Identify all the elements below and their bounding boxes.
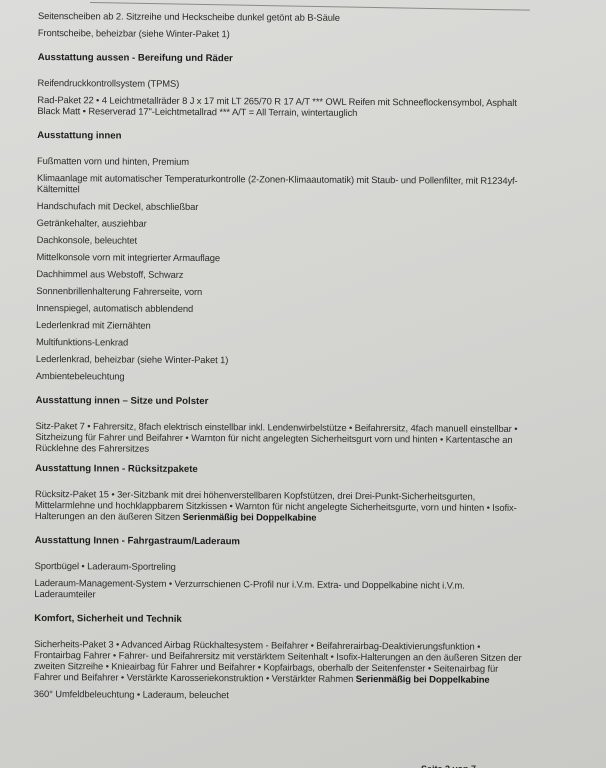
list-item: Sitz-Paket 7 • Fahrersitz, 8fach elektri… <box>35 420 525 456</box>
list-item: Rad-Paket 22 • 4 Leichtmetallräder 8 J x… <box>37 94 527 119</box>
standard-equipment-note: Serienmäßig bei Doppelkabine <box>183 511 317 523</box>
list-item: Rücksitz-Paket 15 • 3er-Sitzbank mit dre… <box>35 488 525 524</box>
list-item: Sicherheits-Paket 3 • Advanced Airbag Rü… <box>34 638 524 685</box>
standard-equipment-note: Serienmäßig bei Doppelkabine <box>356 673 490 685</box>
list-item: Klimaanlage mit automatischer Temperatur… <box>37 172 527 197</box>
list-item: 360° Umfeldbeleuchtung • Laderaum, beleu… <box>34 688 524 702</box>
header-rule <box>90 2 530 11</box>
document-content: Seitenscheiben ab 2. Sitzreihe und Hecks… <box>34 10 528 702</box>
scanned-document-page: Seitenscheiben ab 2. Sitzreihe und Hecks… <box>0 0 606 768</box>
page-number: Seite 3 von 7 <box>421 764 476 768</box>
list-item: Laderaum-Management-System • Verzurrschi… <box>34 577 524 602</box>
